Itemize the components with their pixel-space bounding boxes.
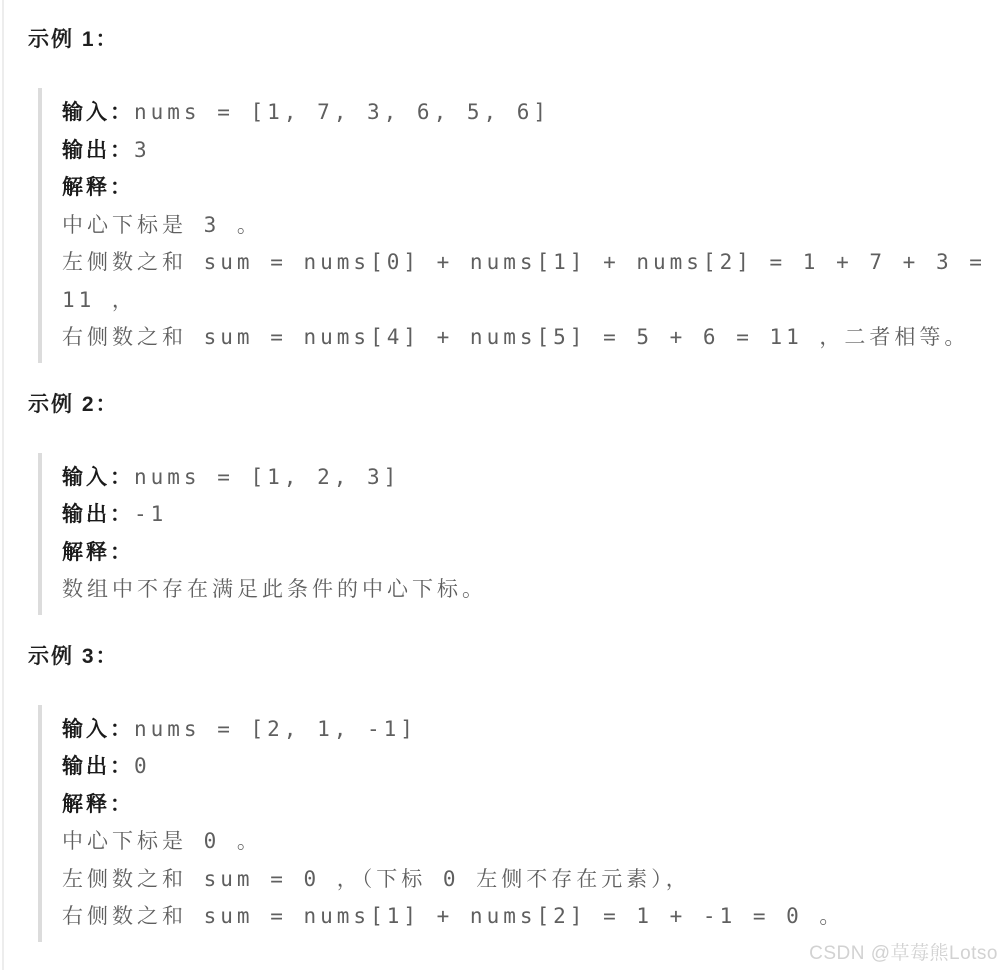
- field-label: 输出：: [62, 755, 134, 778]
- line-text: 数组中不存在满足此条件的中心下标。: [62, 577, 487, 601]
- field-label: 输入：: [62, 718, 134, 741]
- field-label: 输出：: [62, 503, 134, 526]
- line-text: -1: [134, 502, 167, 526]
- example-line: 数组中不存在满足此条件的中心下标。: [62, 571, 1003, 609]
- line-text: 中心下标是 0 。: [62, 829, 262, 853]
- field-label: 输出：: [62, 139, 134, 162]
- line-text: nums = [1, 2, 3]: [134, 465, 400, 489]
- example-line: 右侧数之和 sum = nums[1] + nums[2] = 1 + -1 =…: [62, 898, 1003, 936]
- field-label: 解释：: [62, 793, 134, 816]
- line-text: nums = [1, 7, 3, 6, 5, 6]: [134, 100, 550, 124]
- example-title: 示例 2：: [28, 393, 1003, 417]
- example-line: 输出：3: [62, 132, 1003, 170]
- line-text: 0: [134, 754, 151, 778]
- example-title: 示例 3：: [28, 645, 1003, 669]
- example-line: 中心下标是 3 。: [62, 207, 1003, 245]
- line-text: 中心下标是 3 。: [62, 213, 262, 237]
- example-block: 输入：nums = [2, 1, -1]输出：0解释：中心下标是 0 。左侧数之…: [38, 705, 1003, 942]
- article-content: 示例 1：输入：nums = [1, 7, 3, 6, 5, 6]输出：3解释：…: [0, 0, 1003, 942]
- example-section: 示例 3：输入：nums = [2, 1, -1]输出：0解释：中心下标是 0 …: [28, 645, 1003, 942]
- example-line: 解释：: [62, 169, 1003, 207]
- example-line: 左侧数之和 sum = 0 ，（下标 0 左侧不存在元素），: [62, 861, 1003, 899]
- example-line: 输入：nums = [1, 7, 3, 6, 5, 6]: [62, 94, 1003, 132]
- example-line: 右侧数之和 sum = nums[4] + nums[5] = 5 + 6 = …: [62, 319, 1003, 357]
- page-left-rule: [2, 0, 4, 970]
- field-label: 输入：: [62, 466, 134, 489]
- line-text: 右侧数之和 sum = nums[1] + nums[2] = 1 + -1 =…: [62, 904, 844, 928]
- example-line: 解释：: [62, 786, 1003, 824]
- example-line: 输出：0: [62, 748, 1003, 786]
- example-line: 输入：nums = [2, 1, -1]: [62, 711, 1003, 749]
- csdn-watermark: CSDN @草莓熊Lotso: [809, 938, 998, 965]
- example-line: 11 ，: [62, 282, 1003, 320]
- line-text: 左侧数之和 sum = 0 ，（下标 0 左侧不存在元素），: [62, 867, 691, 891]
- example-section: 示例 1：输入：nums = [1, 7, 3, 6, 5, 6]输出：3解释：…: [28, 28, 1003, 363]
- example-line: 解释：: [62, 534, 1003, 572]
- example-block: 输入：nums = [1, 7, 3, 6, 5, 6]输出：3解释：中心下标是…: [38, 88, 1003, 363]
- example-section: 示例 2：输入：nums = [1, 2, 3]输出：-1解释：数组中不存在满足…: [28, 393, 1003, 615]
- line-text: 11 ，: [62, 288, 137, 312]
- line-text: 左侧数之和 sum = nums[0] + nums[1] + nums[2] …: [62, 250, 986, 274]
- line-text: 右侧数之和 sum = nums[4] + nums[5] = 5 + 6 = …: [62, 325, 969, 349]
- example-block: 输入：nums = [1, 2, 3]输出：-1解释：数组中不存在满足此条件的中…: [38, 453, 1003, 615]
- example-line: 输出：-1: [62, 496, 1003, 534]
- field-label: 输入：: [62, 101, 134, 124]
- example-line: 左侧数之和 sum = nums[0] + nums[1] + nums[2] …: [62, 244, 1003, 282]
- field-label: 解释：: [62, 541, 134, 564]
- example-line: 输入：nums = [1, 2, 3]: [62, 459, 1003, 497]
- line-text: 3: [134, 138, 151, 162]
- example-title: 示例 1：: [28, 28, 1003, 52]
- line-text: nums = [2, 1, -1]: [134, 717, 417, 741]
- field-label: 解释：: [62, 176, 134, 199]
- example-line: 中心下标是 0 。: [62, 823, 1003, 861]
